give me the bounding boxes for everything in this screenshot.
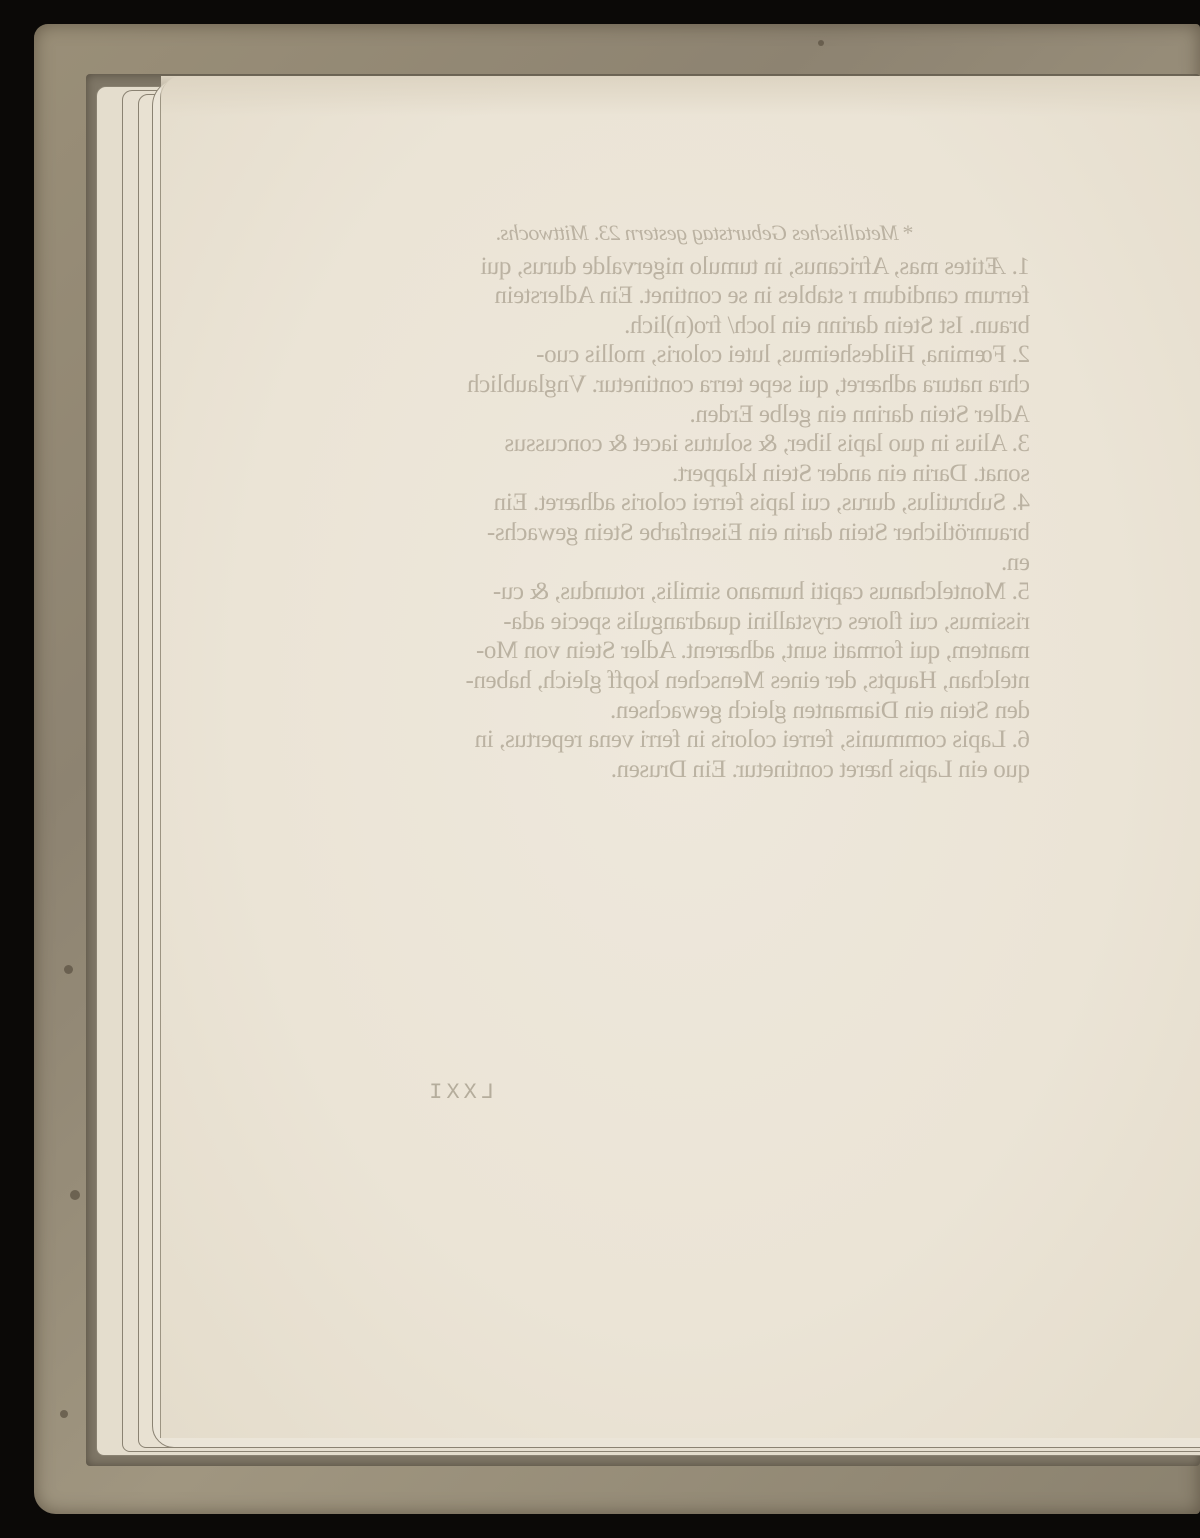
text-line: 2. Fœmina, Hildesheimus, lutei coloris, … — [380, 340, 1030, 370]
text-line: 1. Ætites mas, Africanus, in tumulo nige… — [380, 252, 1030, 282]
stain-spot — [60, 1410, 68, 1418]
stain-spot — [818, 40, 824, 46]
signature-mark: LXXI — [384, 1080, 494, 1105]
text-line: quo ein Lapis hæret continetur. Ein Drus… — [380, 755, 1030, 785]
text-line: rissimus, cui flores crystallini quadran… — [380, 607, 1030, 637]
text-line: 6. Lapis communis, ferrei coloris in fer… — [380, 725, 1030, 755]
text-line: braun. Ist Stein darinn ein loch/ fro(n)… — [380, 311, 1030, 341]
text-line: ntelchan, Haupts, der eines Menschen kop… — [380, 666, 1030, 696]
stain-spot — [64, 965, 73, 974]
show-through-heading: * Metallisches Geburtstag gestern 23. Mi… — [380, 218, 1030, 248]
text-line: chra natura adhæret, qui sepe terra cont… — [380, 370, 1030, 400]
text-line: ferrum candidum r stables in se continet… — [380, 281, 1030, 311]
stain-spot — [70, 1190, 80, 1200]
text-line: den Stein ein Diamanten gleich gewachsen… — [380, 696, 1030, 726]
text-line: Adler Stein darinn ein gelbe Erden. — [380, 400, 1030, 430]
text-line: braunrötlicher Stein darin ein Eisenfarb… — [380, 518, 1030, 548]
show-through-text: * Metallisches Geburtstag gestern 23. Mi… — [380, 218, 1030, 784]
text-line: sonat. Darin ein ander Stein klappert. — [380, 459, 1030, 489]
text-line: en. — [380, 548, 1030, 578]
text-line: 5. Montelchanus capiti humano similis, r… — [380, 577, 1030, 607]
text-line: 4. Subrutilus, durus, cui lapis ferrei c… — [380, 488, 1030, 518]
text-line: 3. Alius in quo lapis liber, & solutus i… — [380, 429, 1030, 459]
text-line: mantem, qui formati sunt, adhærent. Adle… — [380, 636, 1030, 666]
